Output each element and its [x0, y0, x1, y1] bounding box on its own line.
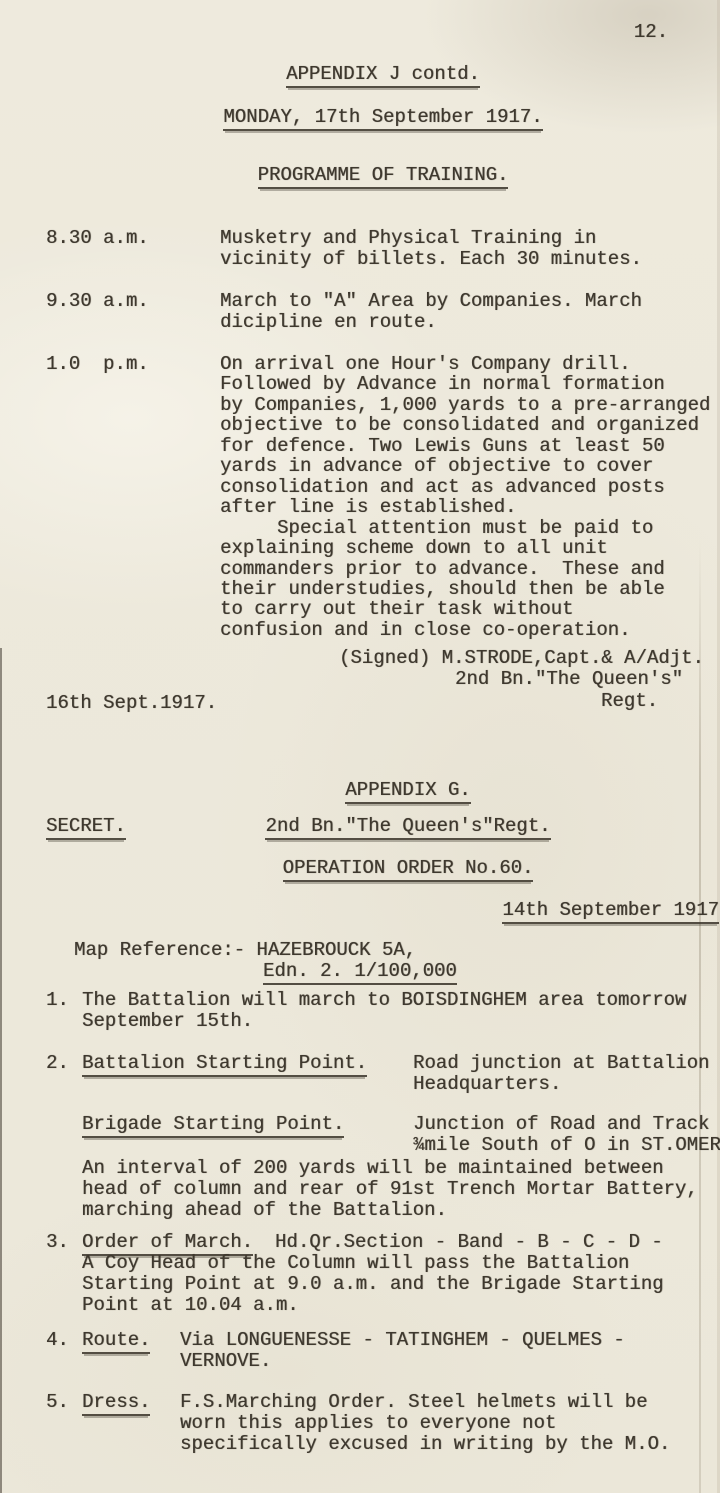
schedule-activity-100: On arrival one Hour's Company drill. Fol…: [220, 354, 710, 640]
order-date: 14th September 1917: [502, 899, 719, 924]
document-page: 12. APPENDIX J contd. MONDAY, 17th Septe…: [0, 0, 720, 1493]
item-1-text: The Battalion will march to BOISDINGHEM …: [82, 990, 686, 1032]
dress-label-row: Dress.: [82, 1392, 150, 1413]
battalion-starting-point-value: Road junction at Battalion Headquarters.: [413, 1053, 709, 1095]
dress-text: F.S.Marching Order. Steel helmets will b…: [180, 1392, 670, 1455]
programme-heading-row: PROGRAMME OF TRAINING.: [46, 165, 720, 186]
dress-label: Dress.: [82, 1391, 150, 1416]
route-text: Via LONGUENESSE - TATINGHEM - QUELMES - …: [180, 1330, 625, 1372]
appendix-j-date-heading: MONDAY, 17th September 1917.: [223, 106, 542, 131]
item-4-number: 4.: [46, 1330, 69, 1351]
appendix-j-date-row: MONDAY, 17th September 1917.: [46, 107, 720, 128]
map-reference: Map Reference:- HAZEBROUCK 5A,: [74, 940, 416, 961]
signature-date: 16th Sept.1917.: [46, 693, 217, 714]
item-5-number: 5.: [46, 1392, 69, 1413]
schedule-activity-930: March to "A" Area by Companies. March di…: [220, 291, 642, 333]
order-date-row: 14th September 1917: [502, 900, 719, 921]
unit-heading: 2nd Bn."The Queen's"Regt.: [265, 815, 550, 840]
item-2-note: An interval of 200 yards will be maintai…: [82, 1158, 698, 1221]
brigade-starting-point-value: Junction of Road and Track ¾mile South o…: [413, 1114, 720, 1156]
route-label-row: Route.: [82, 1330, 150, 1351]
signature-line-2: 2nd Bn."The Queen's": [455, 669, 683, 690]
page-number: 12.: [634, 22, 668, 43]
schedule-time-930: 9.30 a.m.: [46, 291, 149, 312]
item-3-continuation: A Coy Head of the Column will pass the B…: [82, 1253, 664, 1316]
appendix-g-heading-row: APPENDIX G.: [96, 780, 720, 801]
schedule-time-830: 8.30 a.m.: [46, 228, 149, 249]
schedule-time-100: 1.0 p.m.: [46, 354, 149, 375]
signature-line-3: Regt.: [601, 691, 658, 712]
programme-of-training-heading: PROGRAMME OF TRAINING.: [258, 164, 509, 189]
battalion-starting-point-label: Battalion Starting Point.: [82, 1052, 367, 1077]
brigade-starting-point-label: Brigade Starting Point.: [82, 1113, 344, 1138]
paper-crease: [699, 540, 701, 1493]
appendix-j-heading-row: APPENDIX J contd.: [46, 64, 720, 85]
map-edition: Edn. 2. 1/100,000: [263, 960, 457, 985]
scan-edge-left: [0, 648, 2, 1493]
order-heading-row: OPERATION ORDER No.60.: [96, 858, 720, 879]
item-3-number: 3.: [46, 1232, 69, 1253]
signature-line-1: (Signed) M.STRODE,Capt.& A/Adjt.: [339, 648, 704, 669]
order-of-march-sequence: Hd.Qr.Section - Band - B - C - D -: [275, 1231, 663, 1253]
brigade-starting-point-row: Brigade Starting Point.: [82, 1114, 344, 1135]
appendix-j-title: APPENDIX J contd.: [286, 63, 480, 88]
map-edition-row: Edn. 2. 1/100,000: [263, 961, 457, 982]
schedule-activity-830: Musketry and Physical Training in vicini…: [220, 228, 642, 270]
route-label: Route.: [82, 1329, 150, 1354]
order-of-march-row: Order of March.Hd.Qr.Section - Band - B …: [82, 1232, 663, 1253]
item-1-number: 1.: [46, 990, 69, 1011]
battalion-starting-point-row: Battalion Starting Point.: [82, 1053, 367, 1074]
appendix-g-title: APPENDIX G.: [345, 779, 470, 804]
operation-order-heading: OPERATION ORDER No.60.: [283, 857, 534, 882]
unit-heading-row: 2nd Bn."The Queen's"Regt.: [96, 816, 720, 837]
item-2-number: 2.: [46, 1053, 69, 1074]
